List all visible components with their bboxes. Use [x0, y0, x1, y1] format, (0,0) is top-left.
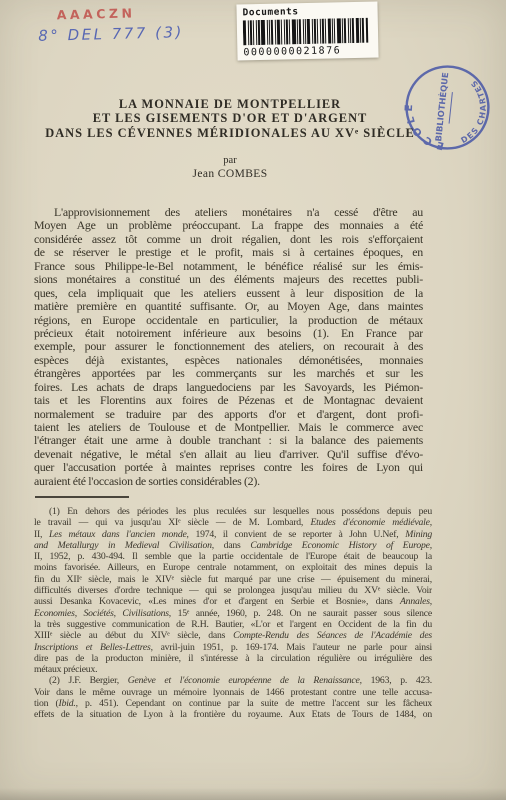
text-line: l'étranger était une arme à double tranc… [34, 434, 423, 447]
byline-prefix: par [34, 155, 426, 166]
text-line: fin du XIIᵉ siècle, mais le XIVᵉ siècle … [34, 574, 432, 585]
barcode-label: Documents 0000000021876 [236, 2, 378, 61]
text-line: Moyen Age un problème préoccupant. La fr… [34, 219, 423, 232]
text-line: devenait négative, le métal s'en allait … [34, 448, 423, 461]
scanned-page: AAACZN 8° DEL 777 (3) Documents 00000000… [0, 0, 506, 800]
text-line: tion (Ibid., p. 451). Cependant on conti… [34, 698, 432, 709]
text-line: aussi Desanka Kovacevic, «Les mines d'or… [34, 596, 432, 607]
text-line: étrangères apportées par les commerçants… [34, 367, 423, 380]
text-line: normalement se traduire par des apports … [34, 408, 423, 421]
handwritten-code: AAACZN [57, 4, 184, 22]
text-line: le travail — qui va jusqu'au XIᵉ siècle … [34, 517, 432, 528]
text-line: L'approvisionnement des ateliers monétai… [34, 206, 423, 219]
text-line: ques, cela impliquait que les ateliers e… [34, 287, 423, 300]
stamp-center-text: BIBLIOTHÈQUE [432, 71, 450, 141]
article-body: L'approvisionnement des ateliers monétai… [34, 206, 423, 488]
footnotes: (1) En dehors des périodes les plus recu… [34, 506, 432, 721]
text-line: dire pas de la producton minière, il s'i… [34, 653, 432, 664]
text-line: Economies, Sociétés, Civilisations, 15ᵉ … [34, 608, 432, 619]
handwritten-call-number: 8° DEL 777 (3) [38, 23, 184, 45]
text-line: (2) J.F. Bergier, Genève et l'économie e… [34, 675, 432, 686]
text-line: de se réserver le prestige et le profit,… [34, 246, 423, 259]
text-line: métaux précieux. [34, 664, 432, 675]
text-line: exemple, pour assurer le fonctionnement … [34, 340, 423, 353]
text-line: sions monétaires a constitué un des élém… [34, 273, 423, 286]
barcode-number: 0000000021876 [243, 45, 372, 59]
text-line: auraient été l'occasion de sorties consi… [34, 475, 423, 488]
text-line: II, 1952, p. 430-494. Il semble que la p… [34, 551, 432, 562]
text-line: taient les ateliers de Toulouse et de Mo… [34, 421, 423, 434]
text-line: Voir dans le même ouvrage un mémoire lyo… [34, 687, 432, 698]
text-line: effets de la situation de Lyon à la fron… [34, 709, 432, 720]
text-line: and Metallurgy in Medieval Civilisation,… [34, 540, 432, 551]
text-line: considérée assez tôt comme un droit réga… [34, 233, 423, 246]
text-line: tais et les Florentins aux foires de Péz… [34, 394, 423, 407]
barcode-label-title: Documents [242, 5, 371, 19]
text-line: II, Les métaux dans l'ancien monde, 1974… [34, 529, 432, 540]
text-line: XIIIᵉ siècle au début du XIVᵉ siècle, da… [34, 630, 432, 641]
text-line: moins favorisée. Ailleurs, en Europe cen… [34, 562, 432, 573]
text-line: la très suggestive communication de R.H.… [34, 619, 432, 630]
text-line: (1) En dehors des périodes les plus recu… [34, 506, 432, 517]
svg-text:DES CHARTES: DES CHARTES [453, 77, 491, 146]
stamp-arc-right-text: DES CHARTES [453, 77, 491, 146]
text-line: foires. Les achats de draps languedocien… [34, 381, 423, 394]
text-line: quer l'accusation portée à maintes repri… [34, 461, 423, 474]
handwritten-shelfmark: AAACZN 8° DEL 777 (3) [38, 4, 185, 45]
barcode-icon [243, 18, 372, 46]
article-title-line-2: ET LES GISEMENTS D'OR ET D'ARGENT [34, 111, 426, 125]
footnote-separator [35, 496, 129, 498]
title-block: LA MONNAIE DE MONTPELLIER ET LES GISEMEN… [34, 97, 426, 180]
text-line: régions, en Europe occidentale en partic… [34, 314, 423, 327]
text-line: France sous Philippe-le-Bel notamment, l… [34, 260, 423, 273]
article-title-line-1: LA MONNAIE DE MONTPELLIER [34, 97, 426, 111]
text-line: espèces déjà existantes, espèces nationa… [34, 354, 423, 367]
article-title-line-3: DANS LES CÉVENNES MÉRIDIONALES AU XVᵉ SI… [34, 126, 426, 140]
text-line: matière première en quantité suffisante.… [34, 300, 423, 313]
text-line: difficultés diverses d'ordre technique —… [34, 585, 432, 596]
text-line: précieux était notoirement inférieure au… [34, 327, 423, 340]
text-line: Inscriptions et Belles-Lettres, avril-ju… [34, 642, 432, 653]
author-name: Jean COMBES [34, 168, 426, 180]
